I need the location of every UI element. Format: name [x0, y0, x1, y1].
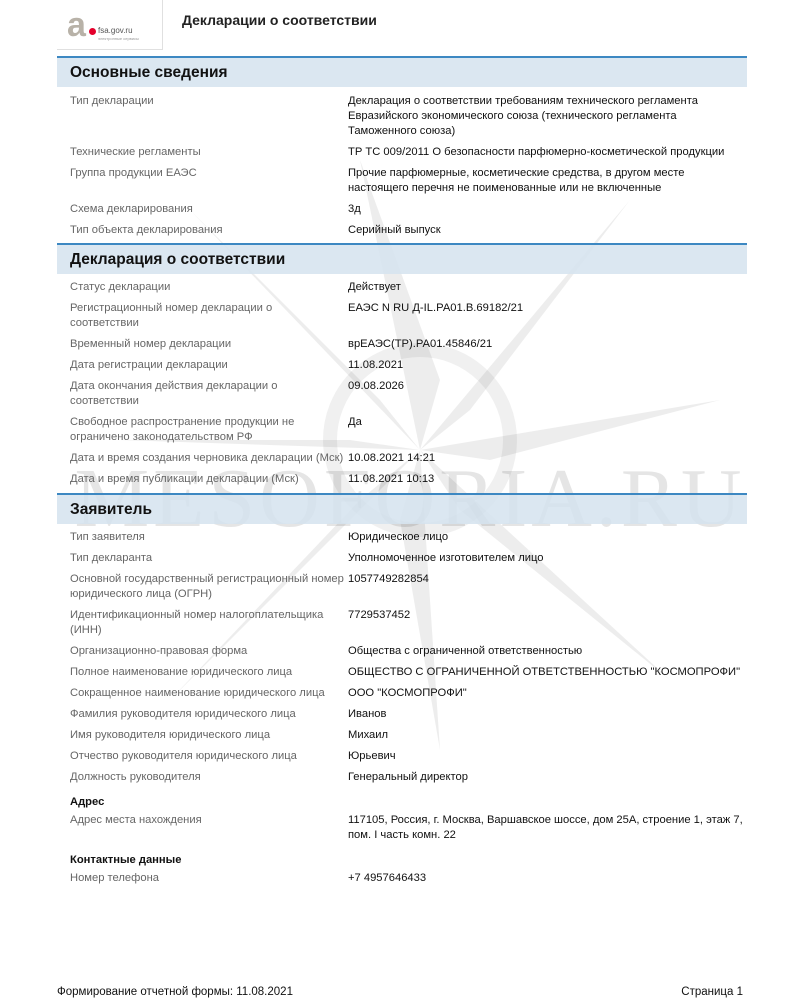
- field-label: Группа продукции ЕАЭС: [70, 166, 348, 196]
- field-label: Должность руководителя: [70, 770, 348, 785]
- field-row: Дата и время создания черновика декларац…: [57, 448, 747, 469]
- field-label: Тип заявителя: [70, 530, 348, 545]
- field-value: Общества с ограниченной ответственностью: [348, 644, 747, 659]
- field-value: 09.08.2026: [348, 379, 747, 409]
- field-value: +7 4957646433: [348, 871, 747, 886]
- field-value: ТР ТС 009/2011 О безопасности парфюмерно…: [348, 145, 747, 160]
- rows: Тип заявителяЮридическое лицоТип деклара…: [57, 524, 747, 788]
- field-label: Фамилия руководителя юридического лица: [70, 707, 348, 722]
- field-value: 7729537452: [348, 608, 747, 638]
- field-label: Имя руководителя юридического лица: [70, 728, 348, 743]
- field-label: Временный номер декларации: [70, 337, 348, 352]
- field-label: Статус декларации: [70, 280, 348, 295]
- field-label: Тип декларации: [70, 94, 348, 139]
- field-row: Схема декларирования3д: [57, 199, 747, 220]
- field-row: Основной государственный регистрационный…: [57, 569, 747, 605]
- field-row: Имя руководителя юридического лицаМихаил: [57, 725, 747, 746]
- field-value: ОБЩЕСТВО С ОГРАНИЧЕННОЙ ОТВЕТСТВЕННОСТЬЮ…: [348, 665, 747, 680]
- field-row: Организационно-правовая формаОбщества с …: [57, 641, 747, 662]
- field-row: Технические регламентыТР ТС 009/2011 О б…: [57, 142, 747, 163]
- field-row: Тип декларантаУполномоченное изготовител…: [57, 548, 747, 569]
- section-title: Основные сведения: [57, 56, 747, 87]
- field-label: Регистрационный номер декларации о соотв…: [70, 301, 348, 331]
- field-row: Дата регистрации декларации11.08.2021: [57, 355, 747, 376]
- section-applicant: Заявитель Тип заявителяЮридическое лицоТ…: [57, 493, 747, 889]
- rows: Тип декларацииДекларация о соответствии …: [57, 87, 747, 241]
- field-row: Свободное распространение продукции не о…: [57, 412, 747, 448]
- field-label: Схема декларирования: [70, 202, 348, 217]
- field-label: Организационно-правовая форма: [70, 644, 348, 659]
- logo-site: fsa.gov.ru: [98, 26, 133, 35]
- field-value: Действует: [348, 280, 747, 295]
- page-header: a fsa.gov.ru электронные сервисы Деклара…: [57, 0, 747, 50]
- field-row: Адрес места нахождения117105, Россия, г.…: [57, 810, 747, 846]
- field-value: Михаил: [348, 728, 747, 743]
- field-value: 11.08.2021 10:13: [348, 472, 747, 487]
- field-row: Фамилия руководителя юридического лицаИв…: [57, 704, 747, 725]
- field-label: Дата и время публикации декларации (Мск): [70, 472, 348, 487]
- logo-dot-icon: [89, 28, 96, 35]
- section-title: Заявитель: [57, 493, 747, 524]
- fsa-logo[interactable]: a fsa.gov.ru электронные сервисы: [57, 0, 163, 50]
- page-title: Декларации о соответствии: [182, 12, 377, 28]
- logo-a-icon: a: [67, 8, 86, 42]
- subsection-title-contacts: Контактные данные: [57, 846, 747, 868]
- rows: Адрес места нахождения117105, Россия, г.…: [57, 810, 747, 846]
- page-footer: Формирование отчетной формы: 11.08.2021 …: [57, 986, 743, 998]
- field-value: Да: [348, 415, 747, 445]
- field-value: ООО "КОСМОПРОФИ": [348, 686, 747, 701]
- field-value: Серийный выпуск: [348, 223, 747, 238]
- document-content: Основные сведения Тип декларацииДекларац…: [57, 56, 747, 889]
- logo-subtitle: электронные сервисы: [98, 36, 139, 41]
- field-value: врЕАЭС(ТР).РА01.45846/21: [348, 337, 747, 352]
- field-row: Тип заявителяЮридическое лицо: [57, 527, 747, 548]
- field-value: Уполномоченное изготовителем лицо: [348, 551, 747, 566]
- field-label: Отчество руководителя юридического лица: [70, 749, 348, 764]
- field-row: Должность руководителяГенеральный директ…: [57, 767, 747, 788]
- field-value: ЕАЭС N RU Д-IL.РА01.В.69182/21: [348, 301, 747, 331]
- report-generated-date: Формирование отчетной формы: 11.08.2021: [57, 986, 293, 998]
- section-declaration: Декларация о соответствии Статус деклара…: [57, 243, 747, 490]
- field-value: 117105, Россия, г. Москва, Варшавское шо…: [348, 813, 747, 843]
- field-label: Основной государственный регистрационный…: [70, 572, 348, 602]
- field-label: Тип объекта декларирования: [70, 223, 348, 238]
- field-value: Декларация о соответствии требованиям те…: [348, 94, 747, 139]
- rows: Номер телефона+7 4957646433: [57, 868, 747, 889]
- field-value: 10.08.2021 14:21: [348, 451, 747, 466]
- field-label: Свободное распространение продукции не о…: [70, 415, 348, 445]
- field-row: Дата окончания действия декларации о соо…: [57, 376, 747, 412]
- section-title: Декларация о соответствии: [57, 243, 747, 274]
- field-row: Тип декларацииДекларация о соответствии …: [57, 91, 747, 142]
- field-value: Прочие парфюмерные, косметические средст…: [348, 166, 747, 196]
- field-row: Статус декларацииДействует: [57, 277, 747, 298]
- field-value: Иванов: [348, 707, 747, 722]
- field-row: Отчество руководителя юридического лицаЮ…: [57, 746, 747, 767]
- field-value: 1057749282854: [348, 572, 747, 602]
- field-label: Дата регистрации декларации: [70, 358, 348, 373]
- field-row: Тип объекта декларированияСерийный выпус…: [57, 220, 747, 241]
- section-basic: Основные сведения Тип декларацииДекларац…: [57, 56, 747, 241]
- field-label: Номер телефона: [70, 871, 348, 886]
- field-label: Технические регламенты: [70, 145, 348, 160]
- field-value: Генеральный директор: [348, 770, 747, 785]
- field-label: Идентификационный номер налогоплательщик…: [70, 608, 348, 638]
- field-label: Адрес места нахождения: [70, 813, 348, 843]
- field-row: Временный номер декларацииврЕАЭС(ТР).РА0…: [57, 334, 747, 355]
- field-row: Группа продукции ЕАЭСПрочие парфюмерные,…: [57, 163, 747, 199]
- field-label: Сокращенное наименование юридического ли…: [70, 686, 348, 701]
- rows: Статус декларацииДействуетРегистрационны…: [57, 274, 747, 490]
- field-row: Сокращенное наименование юридического ли…: [57, 683, 747, 704]
- subsection-title-address: Адрес: [57, 788, 747, 810]
- field-value: Юрьевич: [348, 749, 747, 764]
- field-row: Идентификационный номер налогоплательщик…: [57, 605, 747, 641]
- field-value: Юридическое лицо: [348, 530, 747, 545]
- field-label: Дата окончания действия декларации о соо…: [70, 379, 348, 409]
- field-row: Полное наименование юридического лицаОБЩ…: [57, 662, 747, 683]
- field-row: Дата и время публикации декларации (Мск)…: [57, 469, 747, 490]
- field-row: Регистрационный номер декларации о соотв…: [57, 298, 747, 334]
- page-number: Страница 1: [681, 986, 743, 998]
- field-value: 11.08.2021: [348, 358, 747, 373]
- field-label: Дата и время создания черновика декларац…: [70, 451, 348, 466]
- field-row: Номер телефона+7 4957646433: [57, 868, 747, 889]
- field-label: Тип декларанта: [70, 551, 348, 566]
- field-value: 3д: [348, 202, 747, 217]
- field-label: Полное наименование юридического лица: [70, 665, 348, 680]
